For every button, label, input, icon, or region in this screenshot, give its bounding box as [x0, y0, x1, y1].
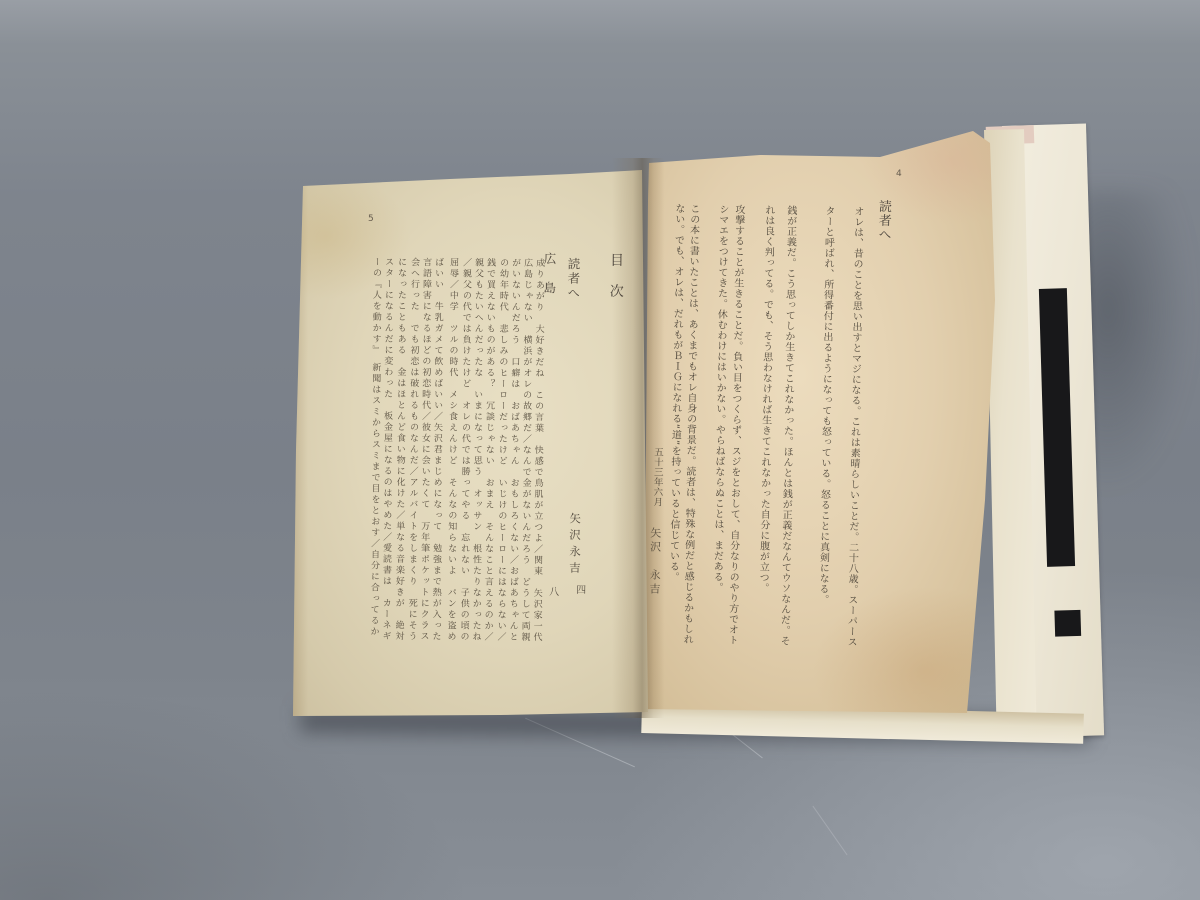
- toc-heading: 目 次: [606, 253, 626, 300]
- toc-entry-author: 矢沢永吉: [567, 512, 583, 578]
- right-page-heading: 読者へ: [873, 199, 893, 241]
- toc-entry-pageref: 八: [545, 586, 560, 596]
- signature-name: 矢沢 永吉: [646, 527, 663, 597]
- right-page-text-block: 読者へ オレは、昔のことを思い出すとマジになる。これは素晴らしいことだ。二十八歳…: [632, 123, 997, 721]
- toc-entry-pageref: 四: [572, 584, 587, 594]
- right-page: 4 読者へ オレは、昔のことを思い出すとマジになる。これは素晴らしいことだ。二十…: [640, 126, 996, 718]
- preface-column: ターと呼ばれ、所得番付に出るようになっても怒っている。怒ることに真剣になる。: [816, 206, 835, 605]
- photo-open-book: 4 読者へ オレは、昔のことを思い出すとマジになる。これは素晴らしいことだ。二十…: [0, 0, 1200, 900]
- cover-black-bar: [1039, 288, 1075, 567]
- left-page-text-block: 目 次 読者へ 矢沢永吉 四 広 島 八 成りあがり 大好きだね この言葉 快感…: [287, 168, 653, 723]
- preface-column: 銭が正義だ。こう思ってしか生きてこれなかった。ほんとは銭が正義だなんてウソなんだ…: [777, 205, 797, 646]
- left-page: 5 目 次 読者へ 矢沢永吉 四 広 島 八 成りあがり 大好きだね この言葉 …: [290, 170, 652, 722]
- preface-column: れは良く判ってる。でも、そう思わなければ生きてこれなかった自分に腹が立つ。: [756, 205, 775, 594]
- preface-column: 攻撃することが生きることだ。負い目をつくらず、スジをとおして、自分なりのやり方で…: [725, 204, 745, 645]
- signature-date: 五十三年六月: [649, 447, 664, 507]
- cover-black-bar: [1054, 610, 1081, 637]
- preface-column: オレは、昔のことを思い出すとマジになる。これは素晴らしいことだ。二十八歳。スーパ…: [844, 206, 864, 647]
- toc-entry-readers: 読者へ: [564, 257, 582, 301]
